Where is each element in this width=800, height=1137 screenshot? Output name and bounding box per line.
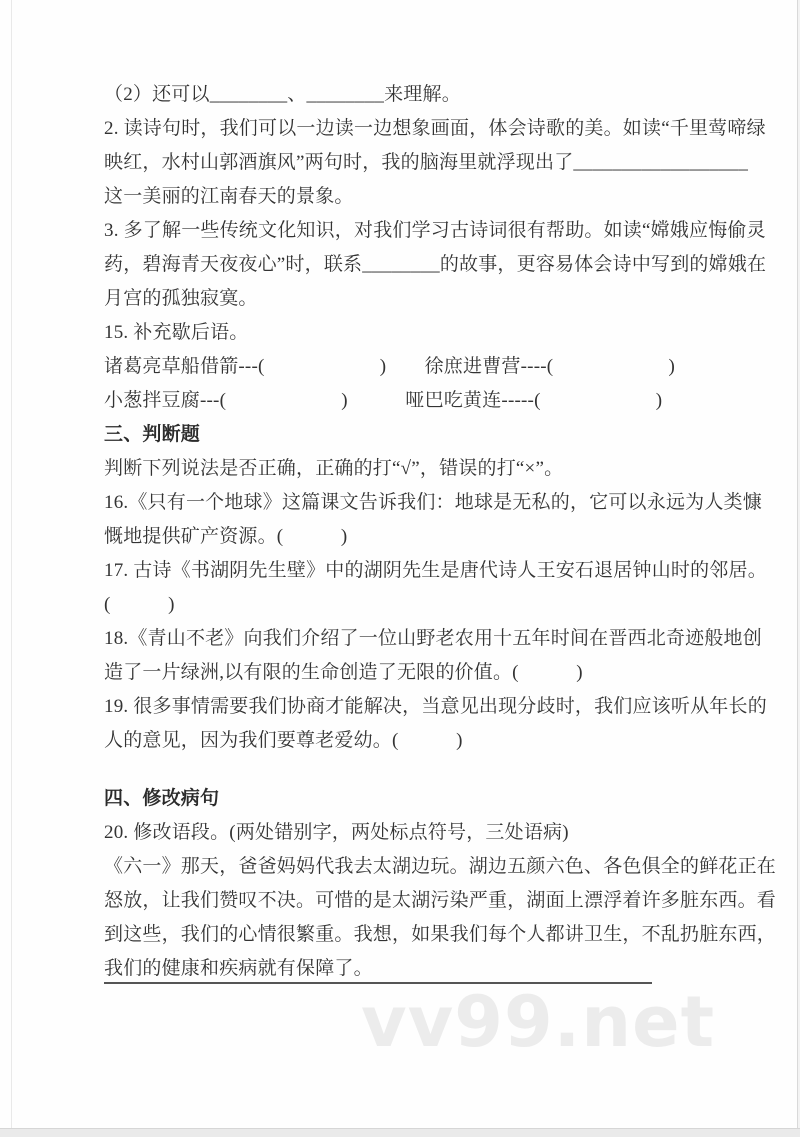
- fill-blank-sub-question: （2）还可以________、________来理解。: [104, 78, 714, 112]
- question-3-line-1: 3. 多了解一些传统文化知识，对我们学习古诗词很有帮助。如读“嫦娥应悔偷灵: [104, 214, 714, 248]
- watermark-text: vv99.net: [361, 983, 715, 1061]
- question-3-line-3: 月宫的孤独寂寞。: [104, 282, 714, 316]
- document-page: （2）还可以________、________来理解。 2. 读诗句时，我们可以…: [0, 0, 800, 1137]
- question-18-line-1: 18.《青山不老》向我们介绍了一位山野老农用十五年时间在晋西北奇迹般地创: [104, 622, 714, 656]
- question-3-line-2: 药，碧海青天夜夜心”时，联系________的故事，更容易体会诗中写到的嫦娥在: [104, 248, 714, 282]
- question-15-prompt: 15. 补充歇后语。: [104, 316, 714, 350]
- question-16-line-1: 16.《只有一个地球》这篇课文告诉我们：地球是无私的，它可以永远为人类慷: [104, 486, 714, 520]
- question-19-line-1: 19. 很多事情需要我们协商才能解决，当意见出现分歧时，我们应该听从年长的: [104, 690, 714, 724]
- question-17-line-1: 17. 古诗《书湖阴先生壁》中的湖阴先生是唐代诗人王安石退居钟山时的邻居。: [104, 554, 714, 588]
- question-19-line-2: 人的意见，因为我们要尊老爱幼。( ): [104, 724, 714, 758]
- section-heading-sentence-correction: 四、修改病句: [104, 782, 714, 816]
- question-20-passage-line-3: 到这些，我们的心情很繁重。我想，如果我们每个人都讲卫生，不乱扔脏东西，: [104, 918, 714, 952]
- page-left-edge: [11, 0, 12, 1128]
- question-2-line-1: 2. 读诗句时，我们可以一边读一边想象画面，体会诗歌的美。如读“千里莺啼绿: [104, 112, 714, 146]
- xiehouyu-row-2: 小葱拌豆腐---( ) 哑巴吃黄连-----( ): [104, 384, 714, 418]
- page-bottom-edge: [0, 1128, 800, 1137]
- question-20-prompt: 20. 修改语段。(两处错别字，两处标点符号，三处语病): [104, 816, 714, 850]
- question-2-line-2: 映红，水村山郭酒旗风”两句时，我的脑海里就浮现出了_______________…: [104, 146, 714, 180]
- question-20-passage-line-2: 怒放，让我们赞叹不决。可惜的是太湖污染严重，湖面上漂浮着许多脏东西。看: [104, 884, 714, 918]
- xiehouyu-row-1: 诸葛亮草船借箭---( ) 徐庶进曹营----( ): [104, 350, 714, 384]
- question-18-line-2: 造了一片绿洲,以有限的生命创造了无限的价值。( ): [104, 656, 714, 690]
- judgment-instruction: 判断下列说法是否正确，正确的打“√”，错误的打“×”。: [104, 452, 714, 486]
- question-20-passage-line-1: 《六一》那天，爸爸妈妈代我去太湖边玩。湖边五颜六色、各色俱全的鲜花正在: [104, 850, 714, 884]
- question-2-line-3: 这一美丽的江南春天的景象。: [104, 180, 714, 214]
- test-paper-text-block: （2）还可以________、________来理解。 2. 读诗句时，我们可以…: [104, 78, 714, 986]
- section-heading-judgment: 三、判断题: [104, 418, 714, 452]
- question-17-answer-parens: ( ): [104, 588, 714, 622]
- question-16-line-2: 慨地提供矿产资源。( ): [104, 520, 714, 554]
